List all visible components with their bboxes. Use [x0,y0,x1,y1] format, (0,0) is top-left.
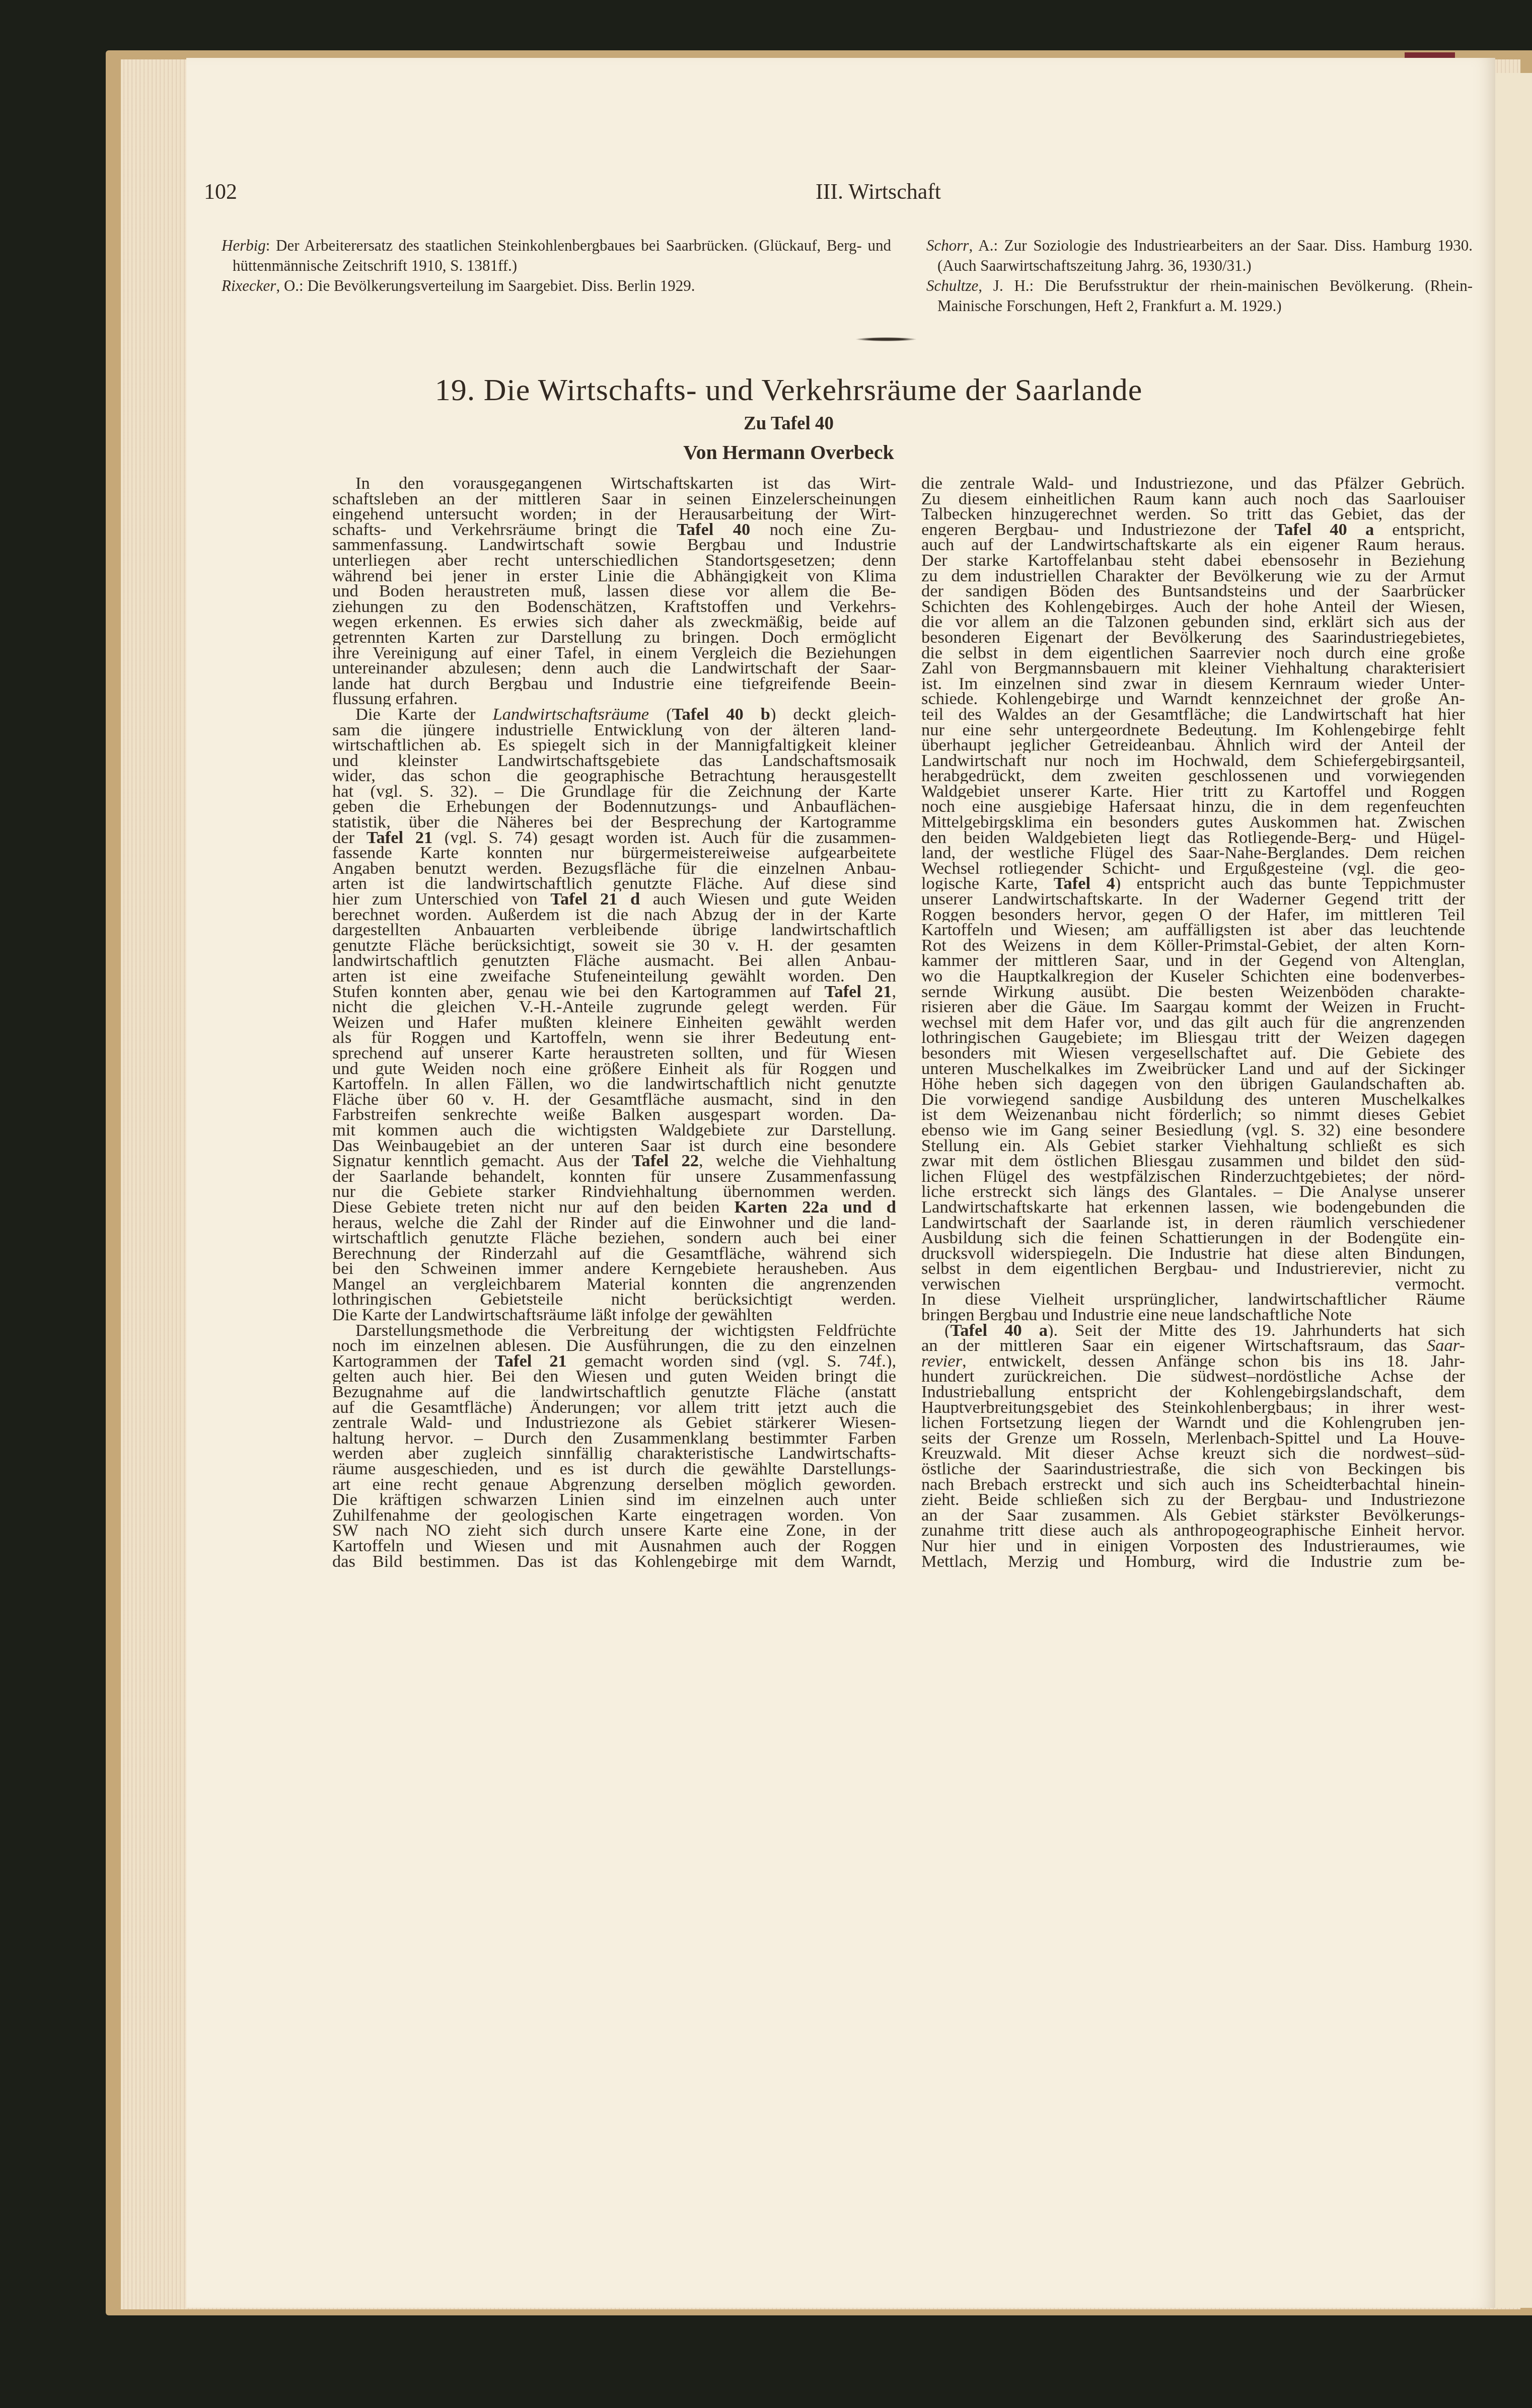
text-line: Höhe heben sich dagegen von den übrigen … [921,1076,1465,1092]
text-line: verwischen vermocht. [921,1276,1465,1292]
text-line: zentrale Wald- und Industriezone als Geb… [332,1415,896,1431]
text-line: Zuhilfenahme der geologischen Karte eing… [332,1508,896,1523]
page-content: 102 III. Wirtschaft Herbig: Der Arbeiter… [0,0,1532,2408]
text-line: sam die jüngere industrielle Entwicklung… [332,722,896,738]
text-line: Kartoffeln. In allen Fällen, wo die land… [332,1076,896,1092]
text-line: logische Karte, Tafel 4) entspricht auch… [921,876,1465,891]
text-line: haltung hervor. – Durch den Zusammenklan… [332,1431,896,1446]
text-line: land, der westliche Flügel des Saar-Nahe… [921,845,1465,861]
text-line: schafts- und Verkehrsräume bringt die Ta… [332,522,896,538]
text-line: bei den Schweinen immer andere Kerngebie… [332,1261,896,1276]
text-line: landwirtschaftlich genutzten Fläche ausm… [332,953,896,968]
text-line: seits der Grenze um Rosseln, Merlenbach-… [921,1431,1465,1446]
text-line: Kreuzwald. Mit dieser Achse kreuzt sich … [921,1446,1465,1461]
text-line: Landwirtschaftskarte hat erkennen lassen… [921,1199,1465,1215]
text-line: Mangel an vergleichbarem Material konnte… [332,1276,896,1292]
text-line: bringen Bergbau und Industrie eine neue … [921,1307,1465,1323]
text-line: Mettlach, Merzig und Homburg, wird die I… [921,1554,1465,1569]
references-right: Schorr, A.: Zur Soziologie des Industrie… [926,236,1473,316]
text-line: teil des Waldes an der Gesamtfläche; die… [921,707,1465,722]
text-line: herabgedrückt, dem zweiten geschlossenen… [921,768,1465,784]
text-line: Kartoffeln und Wiesen; am auffälligsten … [921,922,1465,938]
text-line: Stellung ein. Als Gebiet starker Viehhal… [921,1138,1465,1154]
body-column-right: die zentrale Wald- und Industriezone, un… [921,476,1465,1569]
references-left: Herbig: Der Arbeiterersatz des staatlich… [222,236,891,296]
text-line: SW nach NO zieht sich durch unsere Karte… [332,1523,896,1538]
text-line: lande hat durch Bergbau und Industrie ei… [332,676,896,692]
text-line: Bezugnahme auf die landwirtschaftlich ge… [332,1384,896,1400]
text-line: Das Weinbaugebiet an der unteren Saar is… [332,1138,896,1154]
text-line: unserer Landwirtschaftskarte. In der Wad… [921,891,1465,907]
chapter-title: 19. Die Wirtschafts- und Verkehrsräume d… [0,372,1532,408]
text-line: Roggen besonders hervor, gegen O der Haf… [921,907,1465,923]
text-line: werden aber zugleich sinnfällig charakte… [332,1446,896,1461]
text-line: östliche der Saarindustriestraße, die si… [921,1461,1465,1477]
chapter-subtitle: Zu Tafel 40 [0,413,1532,434]
text-line: und gute Weiden noch eine größere Einhei… [332,1061,896,1077]
text-line: mit kommen auch die wichtigsten Waldgebi… [332,1122,896,1138]
text-line: lichen Flügel des westpfälzischen Rinder… [921,1169,1465,1184]
text-line: das Bild bestimmen. Das ist das Kohlenge… [332,1554,896,1569]
text-line: kammer der mittleren Saar, und in der Ge… [921,953,1465,968]
text-line: zwar mit dem östlichen Bliesgau zusammen… [921,1153,1465,1169]
text-line: noch eine ausgiebige Hafersaat hinzu, di… [921,799,1465,814]
text-line: und kleinster Landwirtschaftsgebiete das… [332,753,896,769]
text-line: besonders mit Wiesen vergesellschaftet a… [921,1045,1465,1061]
text-line: ihre Vereinigung auf einer Tafel, in ein… [332,645,896,661]
text-line: lothringischen Gaugebiete; im Bliesgau t… [921,1030,1465,1045]
text-line: die zentrale Wald- und Industriezone, un… [921,476,1465,491]
text-line: flussung erfahren. [332,691,896,707]
text-line: wider, das schon die geographische Betra… [332,768,896,784]
text-line: auch auf der Landwirtschaftskarte als ei… [921,537,1465,553]
text-line: Farbstreifen senkrechte weiße Balken aus… [332,1107,896,1122]
text-line: Diese Gebiete treten nicht nur auf den b… [332,1199,896,1215]
text-line: überhaupt jeglicher Getreideanbau. Ähnli… [921,737,1465,753]
text-line: sernde Wirkung ausübt. Die besten Weizen… [921,984,1465,1000]
text-line: ist. Im einzelnen sind zwar in diesem Ke… [921,676,1465,692]
text-line: Hauptverbreitungsgebiet des Steinkohlenb… [921,1400,1465,1415]
text-line: Mittelgebirgsklima ein besonders gutes A… [921,814,1465,830]
text-line: Zahl von Bergmannsbauern mit kleiner Vie… [921,660,1465,676]
text-line: Talbecken hinzugerechnet werden. So trit… [921,506,1465,522]
text-line: hat (vgl. S. 32). – Die Grundlage für di… [332,784,896,799]
text-line: Landwirtschaft der Saarlande ist, in der… [921,1215,1465,1231]
text-line: Angaben benutzt werden. Bezugsfläche für… [332,861,896,876]
text-line: arten ist eine zweifache Stufeneinteilun… [332,968,896,984]
text-line: revier, entwickelt, dessen Anfänge schon… [921,1353,1465,1369]
text-line: Die Karte der Landwirtschaftsräume (Tafe… [332,707,896,722]
text-line: nach Brebach erstreckt und sich auch ins… [921,1477,1465,1492]
text-line: auf die Gesamtfläche) Änderungen; vor al… [332,1400,896,1415]
text-line: (Tafel 40 a). Seit der Mitte des 19. Jah… [921,1323,1465,1338]
running-head: 102 III. Wirtschaft [0,179,1532,209]
text-line: räume ausgeschieden, und es ist durch di… [332,1461,896,1477]
text-line: Rot des Weizens in dem Köller-Primstal-G… [921,938,1465,953]
page-number: 102 [204,179,237,204]
text-line: Schichten des Kohlengebirges. Auch der h… [921,599,1465,615]
running-section-title: III. Wirtschaft [816,179,941,204]
text-line: In diese Vielheit ursprünglicher, landwi… [921,1292,1465,1307]
text-line: Signatur kenntlich gemacht. Aus der Tafe… [332,1153,896,1169]
text-line: risieren aber die Gäue. Im Saargau kommt… [921,999,1465,1015]
text-line: gelten auch hier. Bei den Wiesen und gut… [332,1369,896,1384]
text-line: als für Roggen und Kartoffeln, wenn sie … [332,1030,896,1045]
reference-text: Der Arbeiterersatz des staatlichen Stein… [233,237,891,274]
text-line: Der starke Kartoffelanbau steht dabei eb… [921,553,1465,568]
text-line: wirtschaftlich genutzte Fläche beziehen,… [332,1230,896,1246]
text-line: Die vorwiegend sandige Ausbildung des un… [921,1092,1465,1107]
text-line: Fläche über 60 v. H. der Gesamtfläche au… [332,1092,896,1107]
text-line: die selbst in dem eigentlichen Saarrevie… [921,645,1465,661]
text-line: wegen erkennen. Es erwies sich daher als… [332,614,896,630]
text-line: sammenfassung. Landwirtschaft sowie Berg… [332,537,896,553]
text-line: zieht. Beide schließen sich zu der Bergb… [921,1492,1465,1508]
reference-text: Die Bevölkerungsverteilung im Saargebiet… [307,277,695,294]
text-line: Waldgebiet unserer Karte. Hier tritt zu … [921,784,1465,799]
text-line: Die Karte der Landwirtschaftsräume läßt … [332,1307,896,1323]
text-line: Darstellungsmethode die Verbreitung der … [332,1323,896,1338]
text-line: sprechend auf unserer Karte heraustreten… [332,1045,896,1061]
text-line: hundert zurückreichen. Die südwest–nordö… [921,1369,1465,1384]
text-line: wechsel mit dem Hafer vor, und das gilt … [921,1015,1465,1030]
reference-author: Schorr [926,237,969,254]
text-line: unteren Muschelkalkes im Zweibrücker Lan… [921,1061,1465,1077]
text-line: nur eine sehr untergeordnete Bedeutung. … [921,722,1465,738]
text-line: ebenso wie im Gang seiner Besiedlung (vg… [921,1122,1465,1138]
text-line: wo die Hauptkalkregion der Kuseler Schic… [921,968,1465,984]
text-line: heraus, welche die Zahl der Rinder auf d… [332,1215,896,1231]
text-line: an der mittleren Saar ein eigener Wirtsc… [921,1338,1465,1353]
text-line: zu dem industriellen Charakter der Bevöl… [921,568,1465,584]
text-line: Kartoffeln und Wiesen und mit Ausnahmen … [332,1538,896,1554]
ornamental-rule [856,337,916,341]
text-line: Ausbildung sich die feinen Schattierunge… [921,1230,1465,1246]
text-line: an der Saar zusammen. Als Gebiet stärkst… [921,1508,1465,1523]
reference-entry: Herbig: Der Arbeiterersatz des staatlich… [222,236,891,276]
text-line: getrennten Karten zur Darstellung zu bri… [332,630,896,645]
text-line: zunahme tritt diese auch als anthropogeo… [921,1523,1465,1538]
text-line: nicht die gleichen V.-H.-Anteile zugrund… [332,999,896,1015]
text-line: hier zum Unterschied von Tafel 21 d auch… [332,891,896,907]
text-line: fassende Karte konnten nur bürgermeister… [332,845,896,861]
text-line: arten ist die landwirtschaftlich genutzt… [332,876,896,891]
text-line: Die kräftigen schwarzen Linien sind im e… [332,1492,896,1508]
text-line: untereinander abzulesen; denn auch die L… [332,660,896,676]
body-column-left: In den vorausgegangenen Wirtschaftskarte… [332,476,896,1569]
text-line: genutzte Fläche berücksichtigt, soweit s… [332,938,896,953]
reference-entry: Schorr, A.: Zur Soziologie des Industrie… [926,236,1473,276]
reference-author: Herbig [222,237,266,254]
text-line: ziehungen zu den Bodenschätzen, Kraftsto… [332,599,896,615]
text-line: unterliegen aber recht unterschiedlichen… [332,553,896,568]
text-line: der sandigen Böden des Buntsandsteins un… [921,583,1465,599]
text-line: und Boden heraustreten muß, lassen diese… [332,583,896,599]
text-line: nur die Gebiete starker Rindviehhaltung … [332,1184,896,1199]
text-line: schaftsleben an der mittleren Saar in se… [332,491,896,507]
reference-entry: Rixecker, O.: Die Bevölkerungsverteilung… [222,276,891,296]
text-line: Weizen und Hafer mußten kleinere Einheit… [332,1015,896,1030]
text-line: während bei jener in erster Linie die Ab… [332,568,896,584]
text-line: Wechsel rotliegender Schicht- und Ergußg… [921,861,1465,876]
chapter-author: Von Hermann Overbeck [0,440,1532,464]
text-line: der Saarlande behandelt, konnten für uns… [332,1169,896,1184]
text-line: der Tafel 21 (vgl. S. 74) gesagt worden … [332,830,896,846]
text-line: selbst in dem eigentlichen Bergbau- und … [921,1261,1465,1276]
text-line: wirtschaftlichen ab. Es spiegelt sich in… [332,737,896,753]
reference-author: Schultze [926,277,978,294]
text-line: drucksvoll widerspiegeln. Die Industrie … [921,1246,1465,1261]
text-line: dargestellten Anbauarten verbleibende üb… [332,922,896,938]
text-line: liche erstreckt sich längs des Glantales… [921,1184,1465,1199]
text-line: geben die Erhebungen der Bodennutzungs- … [332,799,896,814]
text-line: Zu diesem einheitlichen Raum kann auch n… [921,491,1465,507]
text-line: Stufen konnten aber, genau wie bei den K… [332,984,896,1000]
text-line: art eine recht genaue Abgrenzung derselb… [332,1477,896,1492]
text-line: lichen Fortsetzung liegen der Warndt und… [921,1415,1465,1431]
text-line: schiede. Kohlengebirge und Warndt kennze… [921,691,1465,707]
text-line: statistik, über die Näheres bei der Besp… [332,814,896,830]
text-line: die vor allem an die Talzonen gebunden s… [921,614,1465,630]
text-line: noch im einzelnen ablesen. Die Ausführun… [332,1338,896,1353]
text-line: Kartogrammen der Tafel 21 gemacht worden… [332,1353,896,1369]
text-line: den beiden Waldgebieten liegt das Rotlie… [921,830,1465,846]
text-line: lothringischen Gebietsteile nicht berück… [332,1292,896,1307]
reference-entry: Schultze, J. H.: Die Berufsstruktur der … [926,276,1473,316]
text-line: In den vorausgegangenen Wirtschaftskarte… [332,476,896,491]
text-line: berechnet worden. Außerdem ist die nach … [332,907,896,923]
reference-text: Zur Soziologie des Industriearbeiters an… [937,237,1473,274]
reference-author: Rixecker [222,277,276,294]
text-line: Nur hier und in einigen Vorposten des In… [921,1538,1465,1554]
text-line: eingehend untersucht worden; in der Hera… [332,506,896,522]
text-line: besonderen Eigenart der Bevölkerung des … [921,630,1465,645]
text-line: ist dem Weizenanbau nicht förderlich; so… [921,1107,1465,1122]
text-line: Industrieballung entspricht der Kohlenge… [921,1384,1465,1400]
text-line: engeren Bergbau- und Industriezone der T… [921,522,1465,538]
text-line: Landwirtschaft nur noch im Hochwald, dem… [921,753,1465,769]
text-line: Berechnung der Rinderzahl auf die Gesamt… [332,1246,896,1261]
